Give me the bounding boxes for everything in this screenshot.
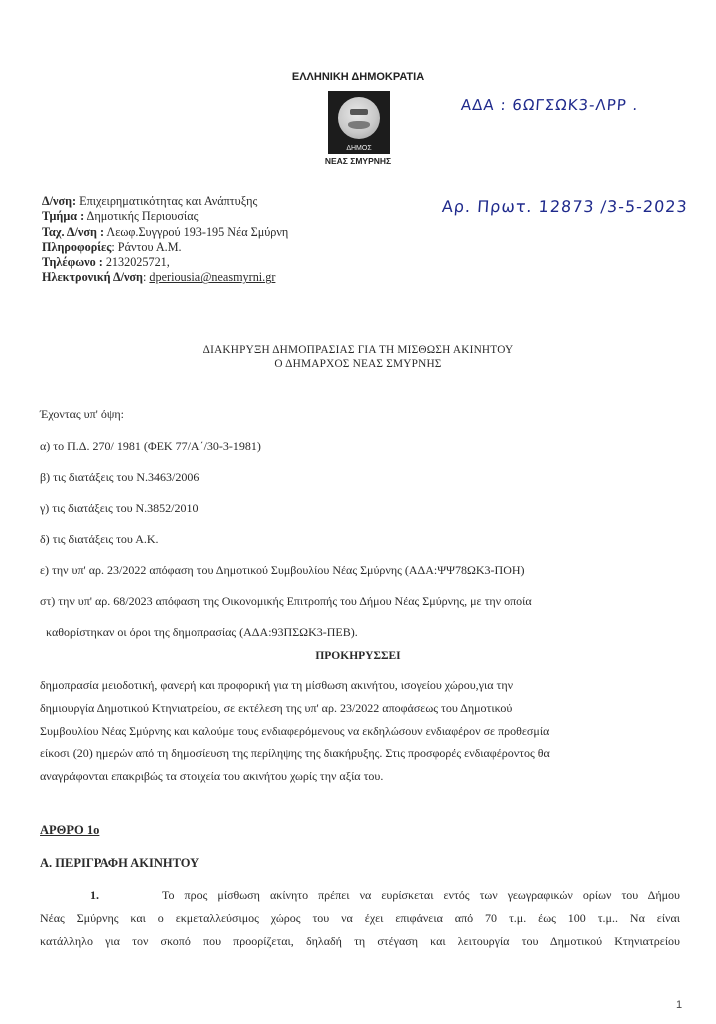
coin-emblem-icon: [338, 97, 380, 139]
contact-info-person: Πληροφορίες: Ράντου Α.Μ.: [42, 240, 288, 255]
considering-item: ε) την υπ' αρ. 23/2022 απόφαση του Δημοτ…: [40, 563, 525, 578]
contact-department: Τμήμα : Δημοτικής Περιουσίας: [42, 209, 288, 224]
proclaims-line: δημοπρασία μειοδοτική, φανερή και προφορ…: [40, 674, 680, 697]
proclaims-line: είκοσι (20) ημερών από τη δημοσίευση της…: [40, 742, 680, 765]
considering-intro: Έχοντας υπ' όψη:: [40, 407, 124, 422]
item-number: 1.: [40, 884, 162, 907]
page-number: 1: [676, 999, 682, 1011]
article-line: Το προς μίσθωση ακίνητο πρέπει να ευρίσκ…: [162, 888, 680, 902]
republic-heading: ΕΛΛΗΝΙΚΗ ΔΗΜΟΚΡΑΤΙΑ: [0, 71, 716, 83]
proclaims-line: Συμβουλίου Νέας Σμύρνης και καλούμε τους…: [40, 720, 680, 743]
contact-directorate: Δ/νση: Επιχειρηματικότητας και Ανάπτυξης: [42, 194, 288, 209]
article-line: κατάλληλο για τον σκοπό που προορίζεται,…: [40, 930, 680, 953]
email-link[interactable]: dperiousia@neasmyrni.gr: [149, 270, 275, 284]
article-paragraph: 1.Το προς μίσθωση ακίνητο πρέπει να ευρί…: [40, 884, 680, 953]
article-heading: ΑΡΘΡΟ 1ο: [40, 823, 99, 838]
considering-item-continuation: καθορίστηκαν οι όροι της δημοπρασίας (ΑΔ…: [46, 625, 358, 640]
contact-email-row: Ηλεκτρονική Δ/νση: dperiousia@neasmyrni.…: [42, 270, 288, 285]
article-line: Νέας Σμύρνης και ο εκμεταλλεύσιμος χώρος…: [40, 907, 680, 930]
proclaims-heading: ΠΡΟΚΗΡΥΣΣΕΙ: [0, 650, 716, 662]
section-heading: Α. ΠΕΡΙΓΡΑΦΗ ΑΚΙΝΗΤΟΥ: [40, 856, 199, 871]
proclaims-line: αναγράφονται επακριβώς τα στοιχεία του α…: [40, 765, 680, 788]
logo-label: ΔΗΜΟΣ: [328, 145, 390, 152]
considering-item: α) το Π.Δ. 270/ 1981 (ΦΕΚ 77/Α΄/30-3-198…: [40, 439, 261, 454]
municipality-logo: ΔΗΜΟΣ: [328, 91, 390, 154]
municipality-name: ΝΕΑΣ ΣΜΥΡΝΗΣ: [0, 156, 716, 166]
contact-phone: Τηλέφωνο : 2132025721,: [42, 255, 288, 270]
contact-block: Δ/νση: Επιχειρηματικότητας και Ανάπτυξης…: [42, 194, 288, 286]
considering-item: β) τις διατάξεις του Ν.3463/2006: [40, 470, 199, 485]
handwritten-ada: ΑΔΑ : 6ΩΓΣΩΚ3-ΛΡΡ .: [460, 96, 639, 114]
proclaims-line: δημιουργία Δημοτικού Κτηνιατρείου, σε εκ…: [40, 697, 680, 720]
considering-item: γ) τις διατάξεις του Ν.3852/2010: [40, 501, 199, 516]
proclaims-paragraph: δημοπρασία μειοδοτική, φανερή και προφορ…: [40, 674, 680, 788]
handwritten-protocol-number: Αρ. Πρωτ. 12873 /3-5-2023: [441, 197, 688, 216]
contact-address: Ταχ. Δ/νση : Λεωφ.Συγγρού 193-195 Νέα Σμ…: [42, 225, 288, 240]
document-title: ΔΙΑΚΗΡΥΞΗ ΔΗΜΟΠΡΑΣΙΑΣ ΓΙΑ ΤΗ ΜΙΣΘΩΣΗ ΑΚΙ…: [0, 344, 716, 356]
document-subtitle: Ο ΔΗΜΑΡΧΟΣ ΝΕΑΣ ΣΜΥΡΝΗΣ: [0, 358, 716, 370]
considering-item: στ) την υπ' αρ. 68/2023 απόφαση της Οικο…: [40, 594, 532, 609]
considering-item: δ) τις διατάξεις του Α.Κ.: [40, 532, 159, 547]
